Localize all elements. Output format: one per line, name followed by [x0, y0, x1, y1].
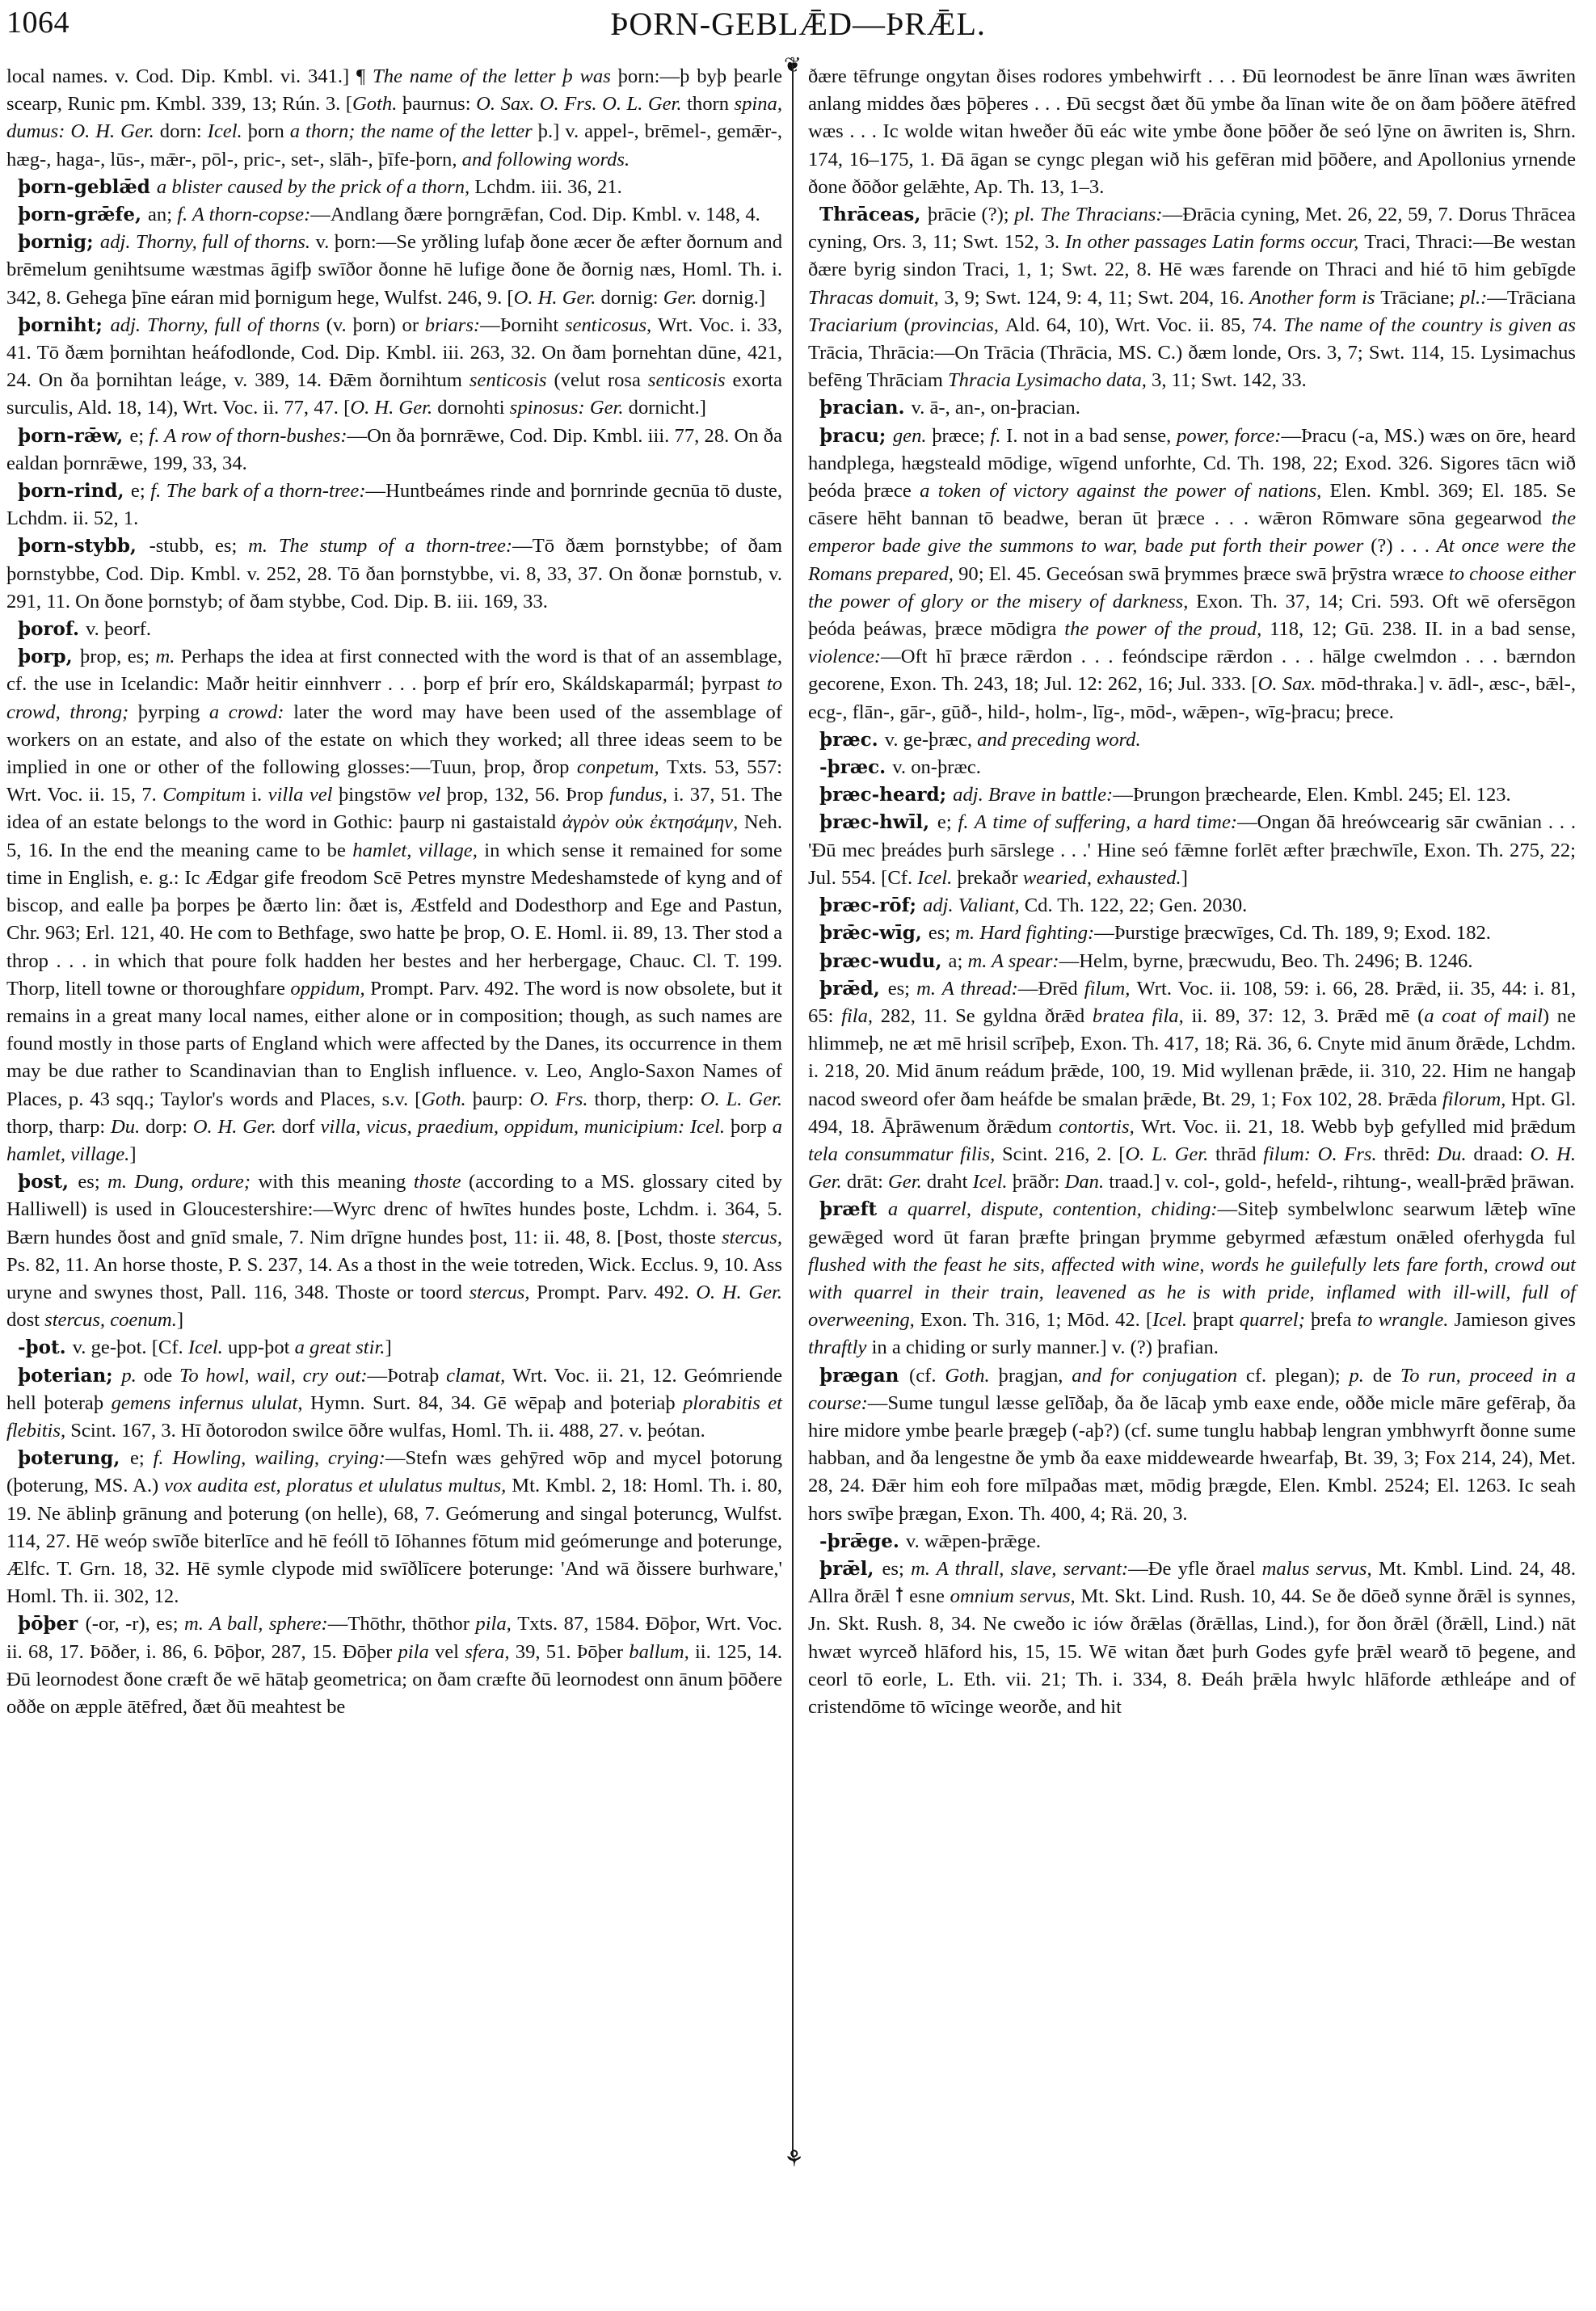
dictionary-entry: þorn-grǣfe, an; f. A thorn-copse:—Andlan…: [6, 201, 782, 229]
entry-italic-text: and following words.: [462, 149, 630, 170]
entry-italic-text: Du.: [111, 1116, 145, 1138]
dictionary-entry: þost, es; m. Dung, ordure; with this mea…: [6, 1168, 782, 1334]
entry-italic-text: m. A spear:: [967, 950, 1059, 972]
entry-italic-text: omnium servus,: [950, 1585, 1081, 1607]
entry-text: ðære tēfrunge ongytan ðises rodores ymbe…: [808, 65, 1576, 198]
entry-text: —Þotraþ: [368, 1365, 447, 1387]
dictionary-entry: þræc-wudu, a; m. A spear:—Helm, byrne, þ…: [808, 948, 1576, 975]
entry-text: v. ge-þræc,: [885, 729, 978, 751]
entry-headword: þorn-geblǣd: [18, 176, 157, 198]
entry-italic-text: hamlet, village,: [352, 840, 484, 861]
entry-text: e;: [130, 1447, 154, 1469]
entry-text: es;: [78, 1171, 107, 1193]
entry-text: —Andlang ðære þorngrǣfan, Cod. Dip. Kmbl…: [310, 204, 760, 225]
entry-text: —Ðe yfle ðrael: [1128, 1558, 1261, 1580]
entry-text: e;: [129, 425, 149, 447]
entry-italic-text: fundus,: [609, 784, 673, 806]
entry-italic-text: f.: [990, 425, 1006, 447]
entry-text: thorp, tharp:: [6, 1116, 111, 1138]
dictionary-entry: þrǣl, es; m. A thrall, slave, servant:—Ð…: [808, 1555, 1576, 1721]
entry-text: 90; El. 45. Geceósan swā þrymmes þræce s…: [958, 563, 1449, 585]
entry-text: vel: [435, 1641, 465, 1663]
entry-text: de: [1373, 1365, 1400, 1387]
entry-text: e;: [131, 480, 150, 502]
entry-text: þingstōw: [339, 784, 418, 806]
entry-text: —Thōthr, thōthor: [328, 1613, 476, 1635]
entry-italic-text: to wrangle.: [1357, 1309, 1454, 1331]
entry-text: Lchdm. iii. 36, 21.: [474, 176, 621, 198]
dictionary-entry: þoterung, e; f. Howling, wailing, crying…: [6, 1445, 782, 1610]
entry-headword: þorn-rǣw,: [18, 425, 129, 447]
entry-headword: þoterian;: [18, 1365, 121, 1387]
entry-italic-text: m. Hard fighting:: [955, 922, 1094, 944]
dictionary-entry: þornig; adj. Thorny, full of thorns. v. …: [6, 229, 782, 312]
entry-headword: þræc-heard;: [819, 784, 953, 806]
entry-headword: þrǣc-wīg,: [819, 922, 929, 944]
entry-italic-text: adj. Thorny, full of thorns: [110, 314, 326, 336]
entry-text: Scint. 167, 3. Hī ðotorodon swilce ōðre …: [70, 1420, 705, 1442]
dictionary-entry: þracu; gen. þræce; f. I. not in a bad se…: [808, 423, 1576, 726]
entry-italic-text: O. H. Ger.: [514, 287, 601, 309]
dictionary-entry: þorp, þrop, es; m. Perhaps the idea at f…: [6, 643, 782, 1168]
dictionary-entry: local names. v. Cod. Dip. Kmbl. vi. 341.…: [6, 63, 782, 174]
entry-italic-text: stercus,: [722, 1227, 782, 1248]
entry-italic-text: tela consummatur filis,: [808, 1143, 1002, 1165]
entry-italic-text: a quarrel, dispute, contention, chiding:: [888, 1198, 1218, 1220]
entry-italic-text: Goth.: [352, 93, 402, 115]
entry-italic-text: gen.: [893, 425, 932, 447]
entry-text: ]: [385, 1337, 391, 1358]
dictionary-entry: þræft a quarrel, dispute, contention, ch…: [808, 1196, 1576, 1362]
dictionary-entry: þorn-rind, e; f. The bark of a thorn-tre…: [6, 478, 782, 532]
entry-italic-text: fila,: [841, 1005, 881, 1027]
entry-italic-text: a thorn; the name of the letter: [290, 120, 538, 142]
entry-italic-text: m. The stump of a thorn-tree:: [248, 535, 512, 557]
entry-text: þragjan,: [999, 1365, 1072, 1387]
entry-text: þaurnus:: [402, 93, 476, 115]
entry-italic-text: Dan.: [1065, 1171, 1110, 1193]
entry-italic-text: violence:: [808, 646, 881, 667]
entry-headword: Thrāceas,: [819, 204, 928, 225]
entry-text: þaurp:: [473, 1088, 530, 1110]
dictionary-entry: þrægan (cf. Goth. þragjan, and for conju…: [808, 1362, 1576, 1528]
entry-italic-text: and for conjugation: [1072, 1365, 1246, 1387]
entry-text: draht: [927, 1171, 973, 1193]
entry-text: dost: [6, 1309, 44, 1331]
entry-italic-text: f. Howling, wailing, crying:: [154, 1447, 385, 1469]
column-divider: [792, 65, 794, 2157]
dictionary-entry: ðære tēfrunge ongytan ðises rodores ymbe…: [808, 63, 1576, 201]
entry-text: (?) . . .: [1371, 535, 1437, 557]
entry-italic-text: Traciarium: [808, 314, 904, 336]
entry-text: dorp:: [145, 1116, 193, 1138]
entry-text: local names. v. Cod. Dip. Kmbl. vi. 341.…: [6, 65, 373, 87]
entry-italic-text: m. A thrall, slave, servant:: [911, 1558, 1128, 1580]
entry-headword: þost,: [18, 1171, 78, 1193]
entry-italic-text: pl.:: [1460, 287, 1487, 309]
entry-text: dornig:: [601, 287, 663, 309]
entry-italic-text: O. Sax. O. Frs. O. L. Ger.: [476, 93, 687, 115]
entry-headword: þræc-hwīl,: [819, 811, 937, 833]
entry-italic-text: ballum,: [629, 1641, 695, 1663]
entry-italic-text: O. H. Ger.: [696, 1282, 782, 1303]
entry-text: drāt:: [847, 1171, 888, 1193]
entry-text: þyrping: [138, 701, 209, 723]
entry-italic-text: villa vel: [268, 784, 339, 806]
entry-text: in which sense it remained for some time…: [6, 840, 782, 1000]
entry-italic-text: briars:: [425, 314, 480, 336]
dictionary-entry: -þot. v. ge-þot. [Cf. Icel. upp-þot a gr…: [6, 1334, 782, 1362]
entry-text: 39, 51. Þōþer: [516, 1641, 630, 1663]
entry-text: þrop, es;: [80, 646, 156, 667]
entry-text: v. ge-þot. [Cf.: [73, 1337, 188, 1358]
entry-text: þorn: [248, 120, 290, 142]
dictionary-entry: þorof. v. þeorf.: [6, 616, 782, 643]
entry-italic-text: adj. Brave in battle:: [953, 784, 1113, 806]
entry-text: v. wǣpen-þrǣge.: [906, 1530, 1041, 1552]
entry-italic-text: stercus,: [470, 1282, 537, 1303]
entry-italic-text: a blister caused by the prick of a thorn…: [157, 176, 474, 198]
entry-headword: þoterung,: [18, 1447, 130, 1469]
dictionary-entry: þracian. v. ā-, an-, on-þracian.: [808, 394, 1576, 422]
entry-text: dorf: [282, 1116, 321, 1138]
entry-text: thorn: [687, 93, 734, 115]
entry-text: 118, 12; Gū. 238. II. in a bad sense,: [1270, 618, 1576, 640]
entry-italic-text: Ger.: [663, 287, 702, 309]
entry-italic-text: pila: [398, 1641, 434, 1663]
entry-text: v. þeorf.: [86, 618, 151, 640]
entry-text: ii. 89, 37: 12, 3. Þrǣd mē (: [1191, 1005, 1424, 1027]
entry-italic-text: a great stir.: [295, 1337, 385, 1358]
entry-italic-text: filorum,: [1442, 1088, 1511, 1110]
entry-text: Scint. 216, 2. [: [1002, 1143, 1126, 1165]
entry-text: es;: [882, 1558, 911, 1580]
entry-text: Exon. Th. 316, 1; Mōd. 42. [: [920, 1309, 1152, 1331]
entry-text: —Þurstige þræcwīges, Cd. Th. 189, 9; Exo…: [1094, 922, 1491, 944]
entry-text: —Ðrēd: [1018, 978, 1084, 1000]
entry-headword: þræc-wudu,: [819, 950, 949, 972]
entry-text: a;: [949, 950, 968, 972]
entry-italic-text: spinosus: Ger.: [510, 397, 629, 419]
entry-italic-text: wearied, exhausted.: [1023, 867, 1181, 889]
entry-headword: þracu;: [819, 425, 893, 447]
entry-text: dorn:: [160, 120, 208, 142]
entry-text: in a chiding or surly manner.] v. (?) þr…: [872, 1337, 1219, 1358]
entry-italic-text: filum,: [1084, 978, 1137, 1000]
column-rule-ornament-bottom-icon: ⚘: [784, 2145, 804, 2173]
entry-text: Prompt. Parv. 492.: [537, 1282, 696, 1303]
entry-headword: þrægan: [819, 1365, 909, 1387]
entry-italic-text: Icel.: [188, 1337, 228, 1358]
entry-text: thrēd:: [1383, 1143, 1437, 1165]
entry-italic-text: gemens infernus ululat,: [112, 1392, 310, 1414]
entry-italic-text: Thracas domuit,: [808, 287, 944, 309]
entry-italic-text: stercus, coenum.: [44, 1309, 177, 1331]
entry-headword: -þot.: [18, 1337, 73, 1358]
entry-text: es;: [929, 922, 955, 944]
entry-italic-text: a coat of mail: [1424, 1005, 1543, 1027]
entry-text: Trāciane;: [1380, 287, 1460, 309]
entry-text: (-or, -r), es;: [86, 1613, 184, 1635]
entry-italic-text: Another form is: [1249, 287, 1380, 309]
entry-text: I. not in a bad sense,: [1006, 425, 1177, 447]
entry-text: ]: [129, 1143, 136, 1165]
dictionary-entry: þræc-heard; adj. Brave in battle:—Þrungo…: [808, 781, 1576, 809]
page-header: 1064 ÞORN-GEBLǢD—ÞRǢL.: [0, 0, 1596, 57]
entry-text: (velut rosa: [554, 369, 648, 391]
entry-italic-text: a crowd:: [209, 701, 293, 723]
entry-text: (v. þorn) or: [326, 314, 425, 336]
entry-italic-text: conpetum,: [577, 756, 667, 778]
entry-text: Wrt. Voc. ii. 21, 18. Webb byþ gefylled …: [1141, 1116, 1576, 1138]
entry-headword: þræft: [819, 1198, 888, 1220]
entry-text: with this meaning: [259, 1171, 414, 1193]
entry-italic-text: pila,: [475, 1613, 517, 1635]
entry-text: v. on-þræc.: [892, 756, 981, 778]
entry-text: þrapt: [1193, 1309, 1240, 1331]
entry-italic-text: bratea fila,: [1093, 1005, 1192, 1027]
entry-italic-text: adj. Thorny, full of thorns.: [100, 231, 316, 253]
entry-italic-text: filum: O. Frs.: [1263, 1143, 1383, 1165]
entry-italic-text: thoste: [414, 1171, 469, 1193]
entry-italic-text: pl. The Thracians:: [1014, 204, 1162, 225]
entry-headword: þorn-rind,: [18, 480, 131, 502]
entry-italic-text: Du.: [1437, 1143, 1473, 1165]
entry-headword: þrǣd,: [819, 978, 888, 1000]
entry-text: þræce;: [932, 425, 990, 447]
dictionary-entry: -þræc. v. on-þræc.: [808, 754, 1576, 781]
entry-italic-text: Compitum: [162, 784, 251, 806]
entry-text: ]: [177, 1309, 183, 1331]
entry-headword: þrǣl,: [819, 1558, 882, 1580]
entry-headword: þracian.: [819, 397, 911, 419]
dictionary-entry: þoterian; p. ode To howl, wail, cry out:…: [6, 1362, 782, 1446]
entry-text: thorp, therp:: [594, 1088, 700, 1110]
entry-italic-text: O. H. Ger.: [350, 397, 437, 419]
entry-italic-text: senticosus,: [565, 314, 658, 336]
entry-headword: þornig;: [18, 231, 100, 253]
entry-italic-text: Goth.: [421, 1088, 472, 1110]
dictionary-entry: þræc-rōf; adj. Valiant, Cd. Th. 122, 22;…: [808, 892, 1576, 920]
entry-text: þrefa: [1311, 1309, 1358, 1331]
entry-text: i.: [251, 784, 267, 806]
entry-text: (: [904, 314, 911, 336]
entry-headword: þorn-stybb,: [18, 535, 149, 557]
dictionary-entry: þorn-geblǣd a blister caused by the pric…: [6, 174, 782, 201]
entry-text: dornohti: [437, 397, 510, 419]
entry-italic-text: m. Dung, ordure;: [107, 1171, 258, 1193]
entry-italic-text: provincias,: [911, 314, 1005, 336]
entry-headword: -þræc.: [819, 756, 892, 778]
entry-italic-text: ἀγρὸν οὐκ ἐκτησάμην,: [562, 811, 744, 833]
entry-text: dornicht.]: [629, 397, 706, 419]
dictionary-entry: þrǣc-wīg, es; m. Hard fighting:—Þurstige…: [808, 920, 1576, 947]
entry-italic-text: O. Sax.: [1258, 673, 1321, 695]
entry-headword: þorn-grǣfe,: [18, 204, 148, 225]
entry-text: an;: [148, 204, 177, 225]
entry-text: e;: [937, 811, 958, 833]
entry-italic-text: m. A ball, sphere:: [184, 1613, 328, 1635]
entry-italic-text: senticosis: [648, 369, 733, 391]
entry-text: —Sume tungul læsse gelīðaþ, ða ðe lācaþ …: [808, 1392, 1576, 1525]
entry-text: þorp: [731, 1116, 773, 1138]
entry-italic-text: thraftly: [808, 1337, 872, 1358]
entry-italic-text: m.: [156, 646, 181, 667]
entry-italic-text: Icel.: [973, 1171, 1013, 1193]
entry-italic-text: oppidum,: [290, 978, 370, 1000]
entry-italic-text: the power of the proud,: [1064, 618, 1270, 640]
entry-italic-text: adj. Valiant,: [923, 895, 1025, 916]
dictionary-entry: þorn-rǣw, e; f. A row of thorn-bushes:—O…: [6, 423, 782, 478]
entry-headword: þorniht;: [18, 314, 110, 336]
entry-italic-text: Icel.: [1152, 1309, 1193, 1331]
entry-italic-text: malus servus,: [1262, 1558, 1379, 1580]
entry-italic-text: The name of the letter þ was: [373, 65, 618, 87]
entry-headword: þræc-rōf;: [819, 895, 923, 916]
entry-italic-text: Goth.: [945, 1365, 998, 1387]
entry-headword: þorp,: [18, 646, 80, 667]
entry-italic-text: m. A thread:: [916, 978, 1018, 1000]
entry-italic-text: a token of victory against the power of …: [920, 480, 1330, 502]
entry-text: þrop, 132, 56. Þrop: [447, 784, 609, 806]
entry-headword: þōþer: [18, 1613, 86, 1635]
entry-italic-text: contortis,: [1059, 1116, 1141, 1138]
entry-text: —Helm, byrne, þræcwudu, Beo. Th. 2496; B…: [1059, 950, 1473, 972]
entry-text: dornig.]: [702, 287, 766, 309]
entry-italic-text: O. L. Ger.: [1125, 1143, 1215, 1165]
entry-text: (cf.: [909, 1365, 945, 1387]
entry-italic-text: p.: [1349, 1365, 1372, 1387]
entry-italic-text: senticosis: [470, 369, 554, 391]
entry-italic-text: vox audita est, ploratus et ululatus mul…: [164, 1475, 512, 1496]
running-title: ÞORN-GEBLǢD—ÞRǢL.: [0, 5, 1596, 43]
entry-italic-text: clamat,: [446, 1365, 512, 1387]
entry-italic-text: The name of the country is given as: [1283, 314, 1576, 336]
dictionary-entry: Thrāceas, þrācie (?); pl. The Thracians:…: [808, 201, 1576, 394]
entry-italic-text: vel: [418, 784, 447, 806]
entry-text: —Þorniht: [480, 314, 565, 336]
entry-text: es;: [888, 978, 916, 1000]
entry-text: Ald. 64, 10), Wrt. Voc. ii. 85, 74.: [1005, 314, 1283, 336]
entry-italic-text: villa, vicus, praedium, oppidum, municip…: [320, 1116, 730, 1138]
entry-italic-text: sfera,: [465, 1641, 516, 1663]
entry-headword: þræc.: [819, 729, 885, 751]
dictionary-entry: þōþer (-or, -r), es; m. A ball, sphere:—…: [6, 1610, 782, 1721]
entry-italic-text: Ger.: [888, 1171, 927, 1193]
dictionary-entry: þorniht; adj. Thorny, full of thorns (v.…: [6, 312, 782, 423]
entry-text: cf. plegan);: [1246, 1365, 1350, 1387]
dictionary-entry: þræc. v. ge-þræc, and preceding word.: [808, 726, 1576, 754]
entry-text: ]: [1181, 867, 1188, 889]
entry-text: -stubb, es;: [149, 535, 249, 557]
entry-text: ode: [144, 1365, 179, 1387]
entry-italic-text: power, force:: [1177, 425, 1281, 447]
entry-italic-text: f. The bark of a thorn-tree:: [150, 480, 365, 502]
entry-text: þrekaðr: [957, 867, 1022, 889]
entry-text: traad.] v. col-, gold-, hefeld-, rihtung…: [1109, 1171, 1574, 1193]
entry-italic-text: p.: [121, 1365, 143, 1387]
entry-italic-text: Icel.: [917, 867, 957, 889]
entry-italic-text: O. Frs.: [529, 1088, 594, 1110]
dictionary-entry: þrǣd, es; m. A thread:—Ðrēd filum, Wrt. …: [808, 975, 1576, 1197]
entry-headword: -þrǣge.: [819, 1530, 906, 1552]
entry-headword: þorof.: [18, 618, 86, 640]
right-column: ðære tēfrunge ongytan ðises rodores ymbe…: [808, 63, 1576, 1721]
entry-text: v. ā-, an-, on-þracian.: [911, 397, 1080, 419]
dictionary-entry: þræc-hwīl, e; f. A time of suffering, a …: [808, 809, 1576, 892]
left-column: local names. v. Cod. Dip. Kmbl. vi. 341.…: [6, 63, 782, 1721]
entry-italic-text: f. A thorn-copse:: [177, 204, 310, 225]
entry-italic-text: Icel.: [208, 120, 248, 142]
dictionary-entry: -þrǣge. v. wǣpen-þrǣge.: [808, 1528, 1576, 1555]
entry-italic-text: quarrel;: [1240, 1309, 1311, 1331]
entry-italic-text: To howl, wail, cry out:: [179, 1365, 368, 1387]
entry-italic-text: and preceding word.: [977, 729, 1140, 751]
dictionary-entry: þorn-stybb, -stubb, es; m. The stump of …: [6, 532, 782, 616]
entry-text: —Trāciana: [1487, 287, 1576, 309]
entry-text: 282, 11. Se gyldna ðrǣd: [881, 1005, 1093, 1027]
entry-text: þrāðr:: [1013, 1171, 1065, 1193]
entry-text: 3, 9; Swt. 124, 9: 4, 11; Swt. 204, 16.: [944, 287, 1249, 309]
entry-text: Cd. Th. 122, 22; Gen. 2030.: [1025, 895, 1248, 916]
entry-text: thrād: [1215, 1143, 1263, 1165]
entry-italic-text: O. L. Ger.: [701, 1088, 782, 1110]
entry-italic-text: Thracia Lysimacho data,: [948, 369, 1152, 391]
entry-text: 3, 11; Swt. 142, 33.: [1152, 369, 1307, 391]
entry-text: Jamieson gives: [1454, 1309, 1576, 1331]
entry-text: þrācie (?);: [928, 204, 1014, 225]
entry-text: draad:: [1473, 1143, 1530, 1165]
entry-text: —Þrungon þræchearde, Elen. Kmbl. 245; El…: [1113, 784, 1510, 806]
entry-text: upp-þot: [228, 1337, 295, 1358]
entry-italic-text: O. H. Ger.: [193, 1116, 282, 1138]
entry-italic-text: In other passages Latin forms occur,: [1065, 231, 1364, 253]
entry-italic-text: f. A time of suffering, a hard time:: [958, 811, 1238, 833]
entry-italic-text: f. A row of thorn-bushes:: [149, 425, 347, 447]
entry-text: Hymn. Surt. 84, 34. Gē wēpaþ and þoteria…: [310, 1392, 683, 1414]
